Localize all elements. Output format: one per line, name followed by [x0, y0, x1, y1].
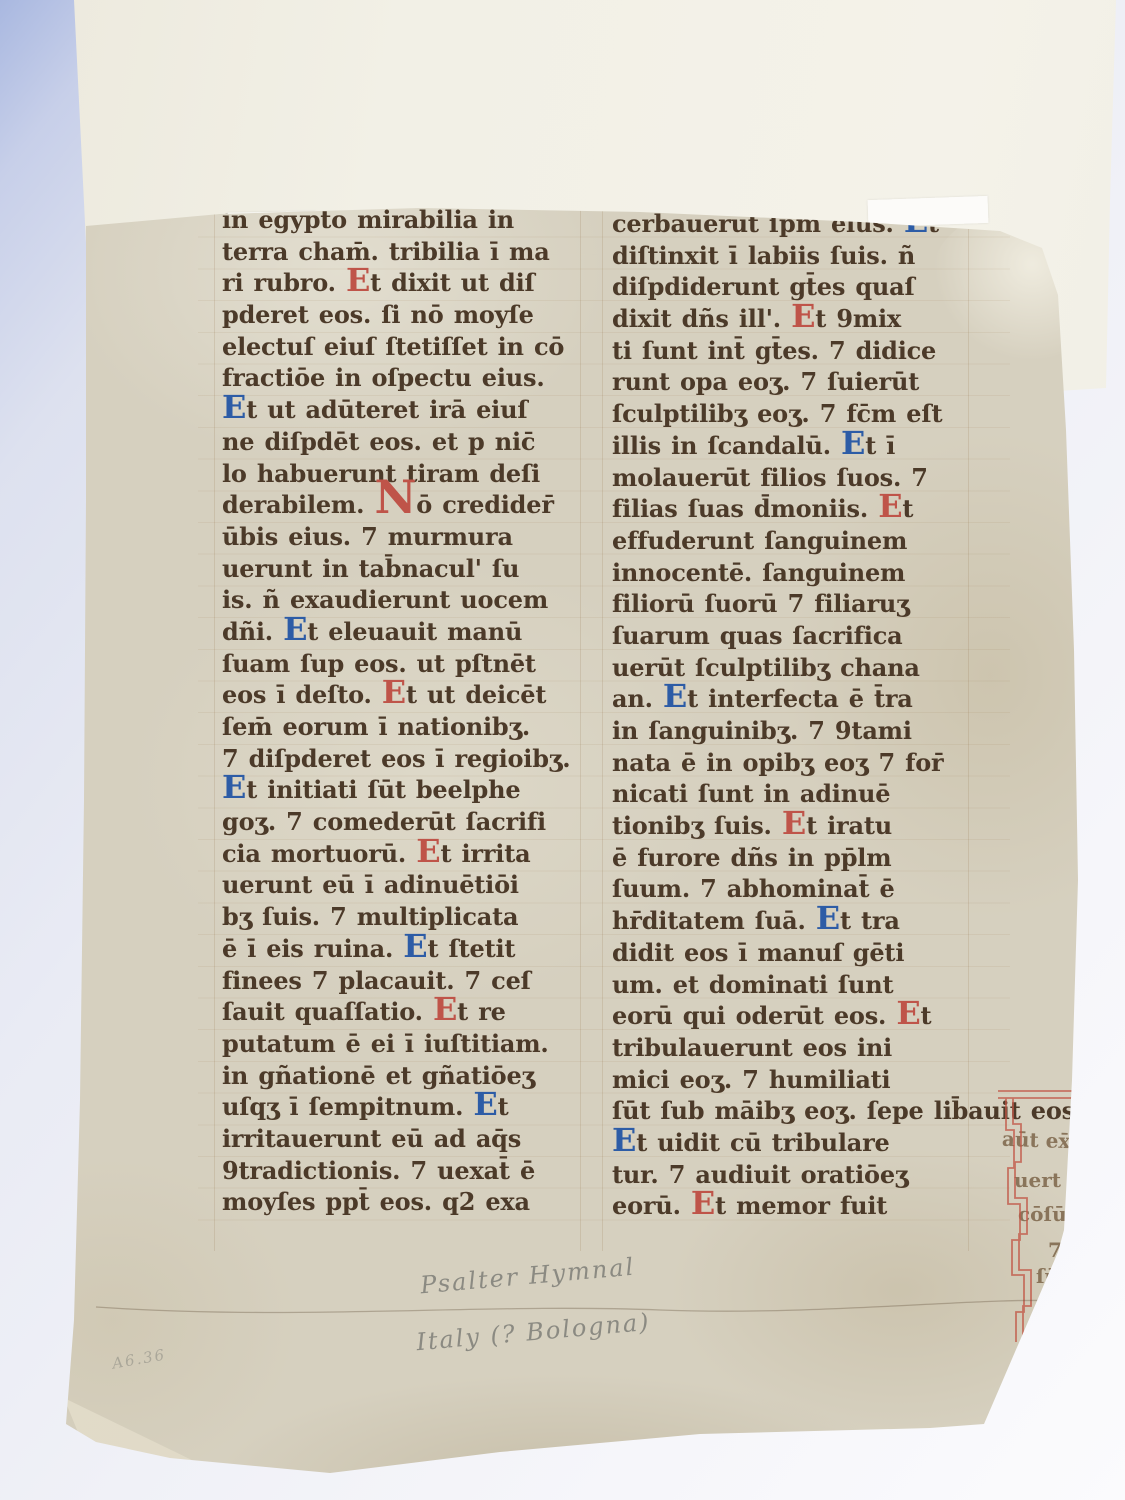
- ink-text: t dixit ut diſ: [370, 268, 535, 297]
- manuscript-line: putatum ē ei ī iuſtitiam.: [222, 1028, 570, 1060]
- pencil-annotation-origin: Italy (? Bologna): [415, 1308, 651, 1356]
- colored-initial: E: [473, 1085, 497, 1123]
- ink-text: t re: [457, 997, 506, 1026]
- ink-text: nicati ſunt in adinuē: [612, 779, 890, 808]
- colored-initial: E: [433, 990, 457, 1028]
- manuscript-line: fractiōe in oſpectu eius.: [222, 362, 570, 394]
- ink-text: eorū.: [612, 1191, 691, 1220]
- ink-text: filias ſuas d̄moniis.: [612, 494, 878, 523]
- colored-initial: E: [896, 994, 920, 1032]
- ink-text: ſculptilibʒ eoʒ. 7 fc̄m eſt: [612, 399, 942, 428]
- manuscript-line: um. et dominati ſunt: [612, 969, 1083, 1001]
- manuscript-line: moyſes ppt̄ eos. q2 exa: [222, 1186, 570, 1218]
- ruling-vertical-gutter-a: [580, 205, 581, 1251]
- colored-initial: E: [782, 804, 806, 842]
- colored-initial: E: [612, 1121, 636, 1159]
- ink-text: finees 7 placauit. 7 ceſ: [222, 966, 531, 995]
- photo-stage: in egypto mirabilia interra cham̄. tribi…: [0, 0, 1125, 1500]
- ink-text: terra cham̄. tribilia ī ma: [222, 237, 550, 266]
- margin-fragment: uert: [1014, 1168, 1061, 1192]
- ruling-vertical-gutter-b: [602, 205, 603, 1251]
- colored-initial: E: [663, 677, 687, 715]
- ink-text: t: [921, 1001, 932, 1030]
- manuscript-line: dñi. Et eleuauit manū: [222, 616, 570, 648]
- colored-initial: E: [222, 768, 246, 806]
- ink-text: electuſ eiuſ ſtetiſſet in cō: [222, 332, 564, 361]
- ink-text: t iratu: [806, 811, 892, 840]
- manuscript-line: 9tradictionis. 7 uexat̄ ē: [222, 1155, 570, 1187]
- text-column-left: in egypto mirabilia interra cham̄. tribi…: [222, 204, 570, 1218]
- ink-text: ō credider̄: [416, 490, 554, 519]
- manuscript-line: tur. 7 audiuit oratiōeʒ: [612, 1159, 1083, 1191]
- ink-text: dixit dñs ill'.: [612, 304, 791, 333]
- ink-text: uerunt eū ī adinuētiōi: [222, 870, 519, 899]
- ink-text: uſqʒ ī ſempitnum.: [222, 1092, 473, 1121]
- ink-text: putatum ē ei ī iuſtitiam.: [222, 1029, 549, 1058]
- ink-text: ſuam ſup eos. ut pſtnēt: [222, 649, 536, 678]
- manuscript-line: runt opa eoʒ. 7 ſuierūt: [612, 366, 1083, 398]
- colored-initial: E: [791, 297, 815, 335]
- manuscript-line: ri rubro. Et dixit ut diſ: [222, 267, 570, 299]
- ink-text: ti ſunt int̄ gt̄es. 7 didice: [612, 336, 936, 365]
- ink-text: ē ī eis ruina.: [222, 934, 403, 963]
- ink-text: t initiati ſūt beelphe: [246, 775, 520, 804]
- manuscript-line: ſūt ſub māibʒ eoʒ. ſepe lib̄auit eos.: [612, 1095, 1083, 1127]
- colored-initial: E: [816, 899, 840, 937]
- colored-initial: E: [691, 1184, 715, 1222]
- manuscript-line: ſuarum quas ſacrifica: [612, 620, 1083, 652]
- ink-text: t eleuauit manū: [307, 617, 522, 646]
- ink-text: t ut deicēt: [406, 680, 546, 709]
- ink-text: an.: [612, 684, 663, 713]
- ink-text: didit eos ī manuſ gēti: [612, 938, 904, 967]
- manuscript-line: filias ſuas d̄moniis. Et: [612, 493, 1083, 525]
- ink-text: tribulauerunt eos ini: [612, 1033, 892, 1062]
- colored-initial: E: [841, 424, 865, 462]
- manuscript-line: electuſ eiuſ ſtetiſſet in cō: [222, 331, 570, 363]
- manuscript-line: uſqʒ ī ſempitnum. Et: [222, 1091, 570, 1123]
- ink-text: t interfecta ē t̄ra: [687, 684, 913, 713]
- manuscript-line: irritauerunt eū ad aq̄s: [222, 1123, 570, 1155]
- ink-text: t ſtetit: [427, 934, 515, 963]
- ink-text: bʒ ſuis. 7 multiplicata: [222, 902, 518, 931]
- ruling-vertical-left: [214, 205, 215, 1251]
- colored-initial: E: [346, 261, 370, 299]
- ink-text: in ſanguinibʒ. 7 9tami: [612, 716, 912, 745]
- manuscript-line: ſauit quaſſatio. Et re: [222, 996, 570, 1028]
- ink-text: effuderunt ſanguinem: [612, 526, 907, 555]
- ink-text: fractiōe in oſpectu eius.: [222, 363, 544, 392]
- ink-text: ne diſpdēt eos. et p nic̄: [222, 427, 535, 456]
- ink-text: t uidit cū tribulare: [636, 1128, 889, 1157]
- manuscript-line: filiorū ſuorū 7 filiaruʒ: [612, 588, 1083, 620]
- manuscript-line: terra cham̄. tribilia ī ma: [222, 236, 570, 268]
- manuscript-line: didit eos ī manuſ gēti: [612, 937, 1083, 969]
- ink-text: t ut adūteret irā eiuſ: [246, 395, 527, 424]
- ink-text: ſūt ſub māibʒ eoʒ. ſepe lib̄auit eos.: [612, 1096, 1083, 1125]
- colored-initial: E: [382, 673, 406, 711]
- ink-text: pderet eos. ſi nō moyſe: [222, 300, 534, 329]
- ink-text: ē furore dñs in pp̄lm: [612, 843, 891, 872]
- ink-text: ſuarum quas ſacrifica: [612, 621, 902, 650]
- ink-text: goʒ. 7 comederūt ſacrifi: [222, 807, 546, 836]
- manuscript-line: derabilem. Nō credider̄: [222, 489, 570, 521]
- ink-text: t: [498, 1092, 509, 1121]
- manuscript-line: ſuum. 7 abhominat̄ ē: [612, 873, 1083, 905]
- colored-initial: E: [403, 927, 427, 965]
- manuscript-line: ne diſpdēt eos. et p nic̄: [222, 426, 570, 458]
- colored-initial: N: [374, 470, 416, 524]
- manuscript-line: uerunt eū ī adinuētiōi: [222, 869, 570, 901]
- manuscript-line: eorū qui oderūt eos. Et: [612, 1000, 1083, 1032]
- colored-initial: E: [878, 487, 902, 525]
- ink-text: moyſes ppt̄ eos. q2 exa: [222, 1187, 530, 1216]
- manuscript-line: in gñationē et gñatiōeʒ: [222, 1060, 570, 1092]
- ink-text: ri rubro.: [222, 268, 346, 297]
- manuscript-line: hr̄ditatem ſuā. Et tra: [612, 905, 1083, 937]
- ink-text: ſem̄ eorum ī nationibʒ.: [222, 712, 530, 741]
- manuscript-line: pderet eos. ſi nō moyſe: [222, 299, 570, 331]
- ink-text: innocentē. ſanguinem: [612, 558, 905, 587]
- manuscript-line: bʒ ſuis. 7 multiplicata: [222, 901, 570, 933]
- manuscript-line: diſpdiderunt gt̄es quaſ: [612, 271, 1083, 303]
- ink-text: t tra: [840, 906, 900, 935]
- ink-text: t memor fuit: [715, 1191, 887, 1220]
- manuscript-line: goʒ. 7 comederūt ſacrifi: [222, 806, 570, 838]
- pencil-annotation-title: Psalter Hymnal: [419, 1253, 636, 1300]
- ink-text: filiorū ſuorū 7 filiaruʒ: [612, 589, 910, 618]
- manuscript-line: ſem̄ eorum ī nationibʒ.: [222, 711, 570, 743]
- manuscript-line: tionibʒ ſuis. Et iratu: [612, 810, 1083, 842]
- ink-text: illis in ſcandalū.: [612, 431, 841, 460]
- ink-text: eos ī deſto.: [222, 680, 382, 709]
- ink-text: ſauit quaſſatio.: [222, 997, 433, 1026]
- manuscript-line: dixit dñs ill'. Et 9mix: [612, 303, 1083, 335]
- margin-fragment: cōſū: [1018, 1202, 1067, 1226]
- manuscript-line: nicati ſunt in adinuē: [612, 778, 1083, 810]
- manuscript-line: tribulauerunt eos ini: [612, 1032, 1083, 1064]
- ink-text: runt opa eoʒ. 7 ſuierūt: [612, 367, 919, 396]
- manuscript-line: Et initiati ſūt beelphe: [222, 774, 570, 806]
- manuscript-line: uerunt in tab̄nacul' ſu: [222, 553, 570, 585]
- ink-text: derabilem.: [222, 490, 374, 519]
- ink-text: uerunt in tab̄nacul' ſu: [222, 554, 519, 583]
- ink-text: cia mortuorū.: [222, 839, 416, 868]
- ink-text: diſtinxit ī labiis ſuis. ñ: [612, 241, 915, 270]
- manuscript-line: 7 diſpderet eos ī regioibʒ.: [222, 743, 570, 775]
- ink-text: uerūt ſculptilibʒ chana: [612, 653, 920, 682]
- ink-text: nata ē in opibʒ eoʒ 7 for̄: [612, 748, 944, 777]
- ink-text: mici eoʒ. 7 humiliati: [612, 1065, 890, 1094]
- manuscript-line: in ſanguinibʒ. 7 9tami: [612, 715, 1083, 747]
- ink-text: tionibʒ ſuis.: [612, 811, 782, 840]
- manuscript-line: illis in ſcandalū. Et ī: [612, 430, 1083, 462]
- colored-initial: E: [416, 832, 440, 870]
- ink-text: diſpdiderunt gt̄es quaſ: [612, 272, 915, 301]
- manuscript-line: nata ē in opibʒ eoʒ 7 for̄: [612, 747, 1083, 779]
- colored-initial: E: [283, 610, 307, 648]
- ink-text: t 9mix: [815, 304, 901, 333]
- manuscript-line: Et ut adūteret irā eiuſ: [222, 394, 570, 426]
- manuscript-line: innocentē. ſanguinem: [612, 557, 1083, 589]
- manuscript-line: ē ī eis ruina. Et ſtetit: [222, 933, 570, 965]
- manuscript-line: cia mortuorū. Et irrita: [222, 838, 570, 870]
- ink-text: ūbis eius. 7 murmura: [222, 522, 513, 551]
- ink-text: dñi.: [222, 617, 283, 646]
- ink-text: tur. 7 audiuit oratiōeʒ: [612, 1160, 908, 1189]
- manuscript-line: molauerūt filios ſuos. 7: [612, 462, 1083, 494]
- manuscript-line: is. ñ exaudierunt uocem: [222, 584, 570, 616]
- manuscript-line: ūbis eius. 7 murmura: [222, 521, 570, 553]
- manuscript-line: mici eoʒ. 7 humiliati: [612, 1064, 1083, 1096]
- ink-text: t ī: [865, 431, 895, 460]
- ink-text: um. et dominati ſunt: [612, 970, 893, 999]
- pencil-shelfmark: A6.36: [111, 1345, 168, 1372]
- manuscript-line: diſtinxit ī labiis ſuis. ñ: [612, 240, 1083, 272]
- ink-text: 9tradictionis. 7 uexat̄ ē: [222, 1156, 535, 1185]
- ink-text: t irrita: [440, 839, 530, 868]
- manuscript-line: ti ſunt int̄ gt̄es. 7 didice: [612, 335, 1083, 367]
- manuscript-line: ē furore dñs in pp̄lm: [612, 842, 1083, 874]
- text-column-right: cerbauerūt ſpm̄ eius. Etdiſtinxit ī labi…: [612, 208, 1083, 1222]
- manuscript-line: an. Et interfecta ē t̄ra: [612, 683, 1083, 715]
- ink-text: hr̄ditatem ſuā.: [612, 906, 816, 935]
- manuscript-line: effuderunt ſanguinem: [612, 525, 1083, 557]
- manuscript-line: eorū. Et memor fuit: [612, 1190, 1083, 1222]
- ink-text: t: [902, 494, 913, 523]
- margin-fragment: aūt ex̄: [1002, 1127, 1071, 1153]
- manuscript-line: finees 7 placauit. 7 ceſ: [222, 965, 570, 997]
- ink-text: 7 diſpderet eos ī regioibʒ.: [222, 744, 570, 773]
- tape-strip-right: [868, 196, 989, 227]
- colored-initial: E: [222, 388, 246, 426]
- manuscript-line: eos ī deſto. Et ut deicēt: [222, 679, 570, 711]
- ink-text: ſuum. 7 abhominat̄ ē: [612, 874, 895, 903]
- ink-text: is. ñ exaudierunt uocem: [222, 585, 548, 614]
- ink-text: irritauerunt eū ad aq̄s: [222, 1124, 521, 1153]
- ink-text: eorū qui oderūt eos.: [612, 1001, 896, 1030]
